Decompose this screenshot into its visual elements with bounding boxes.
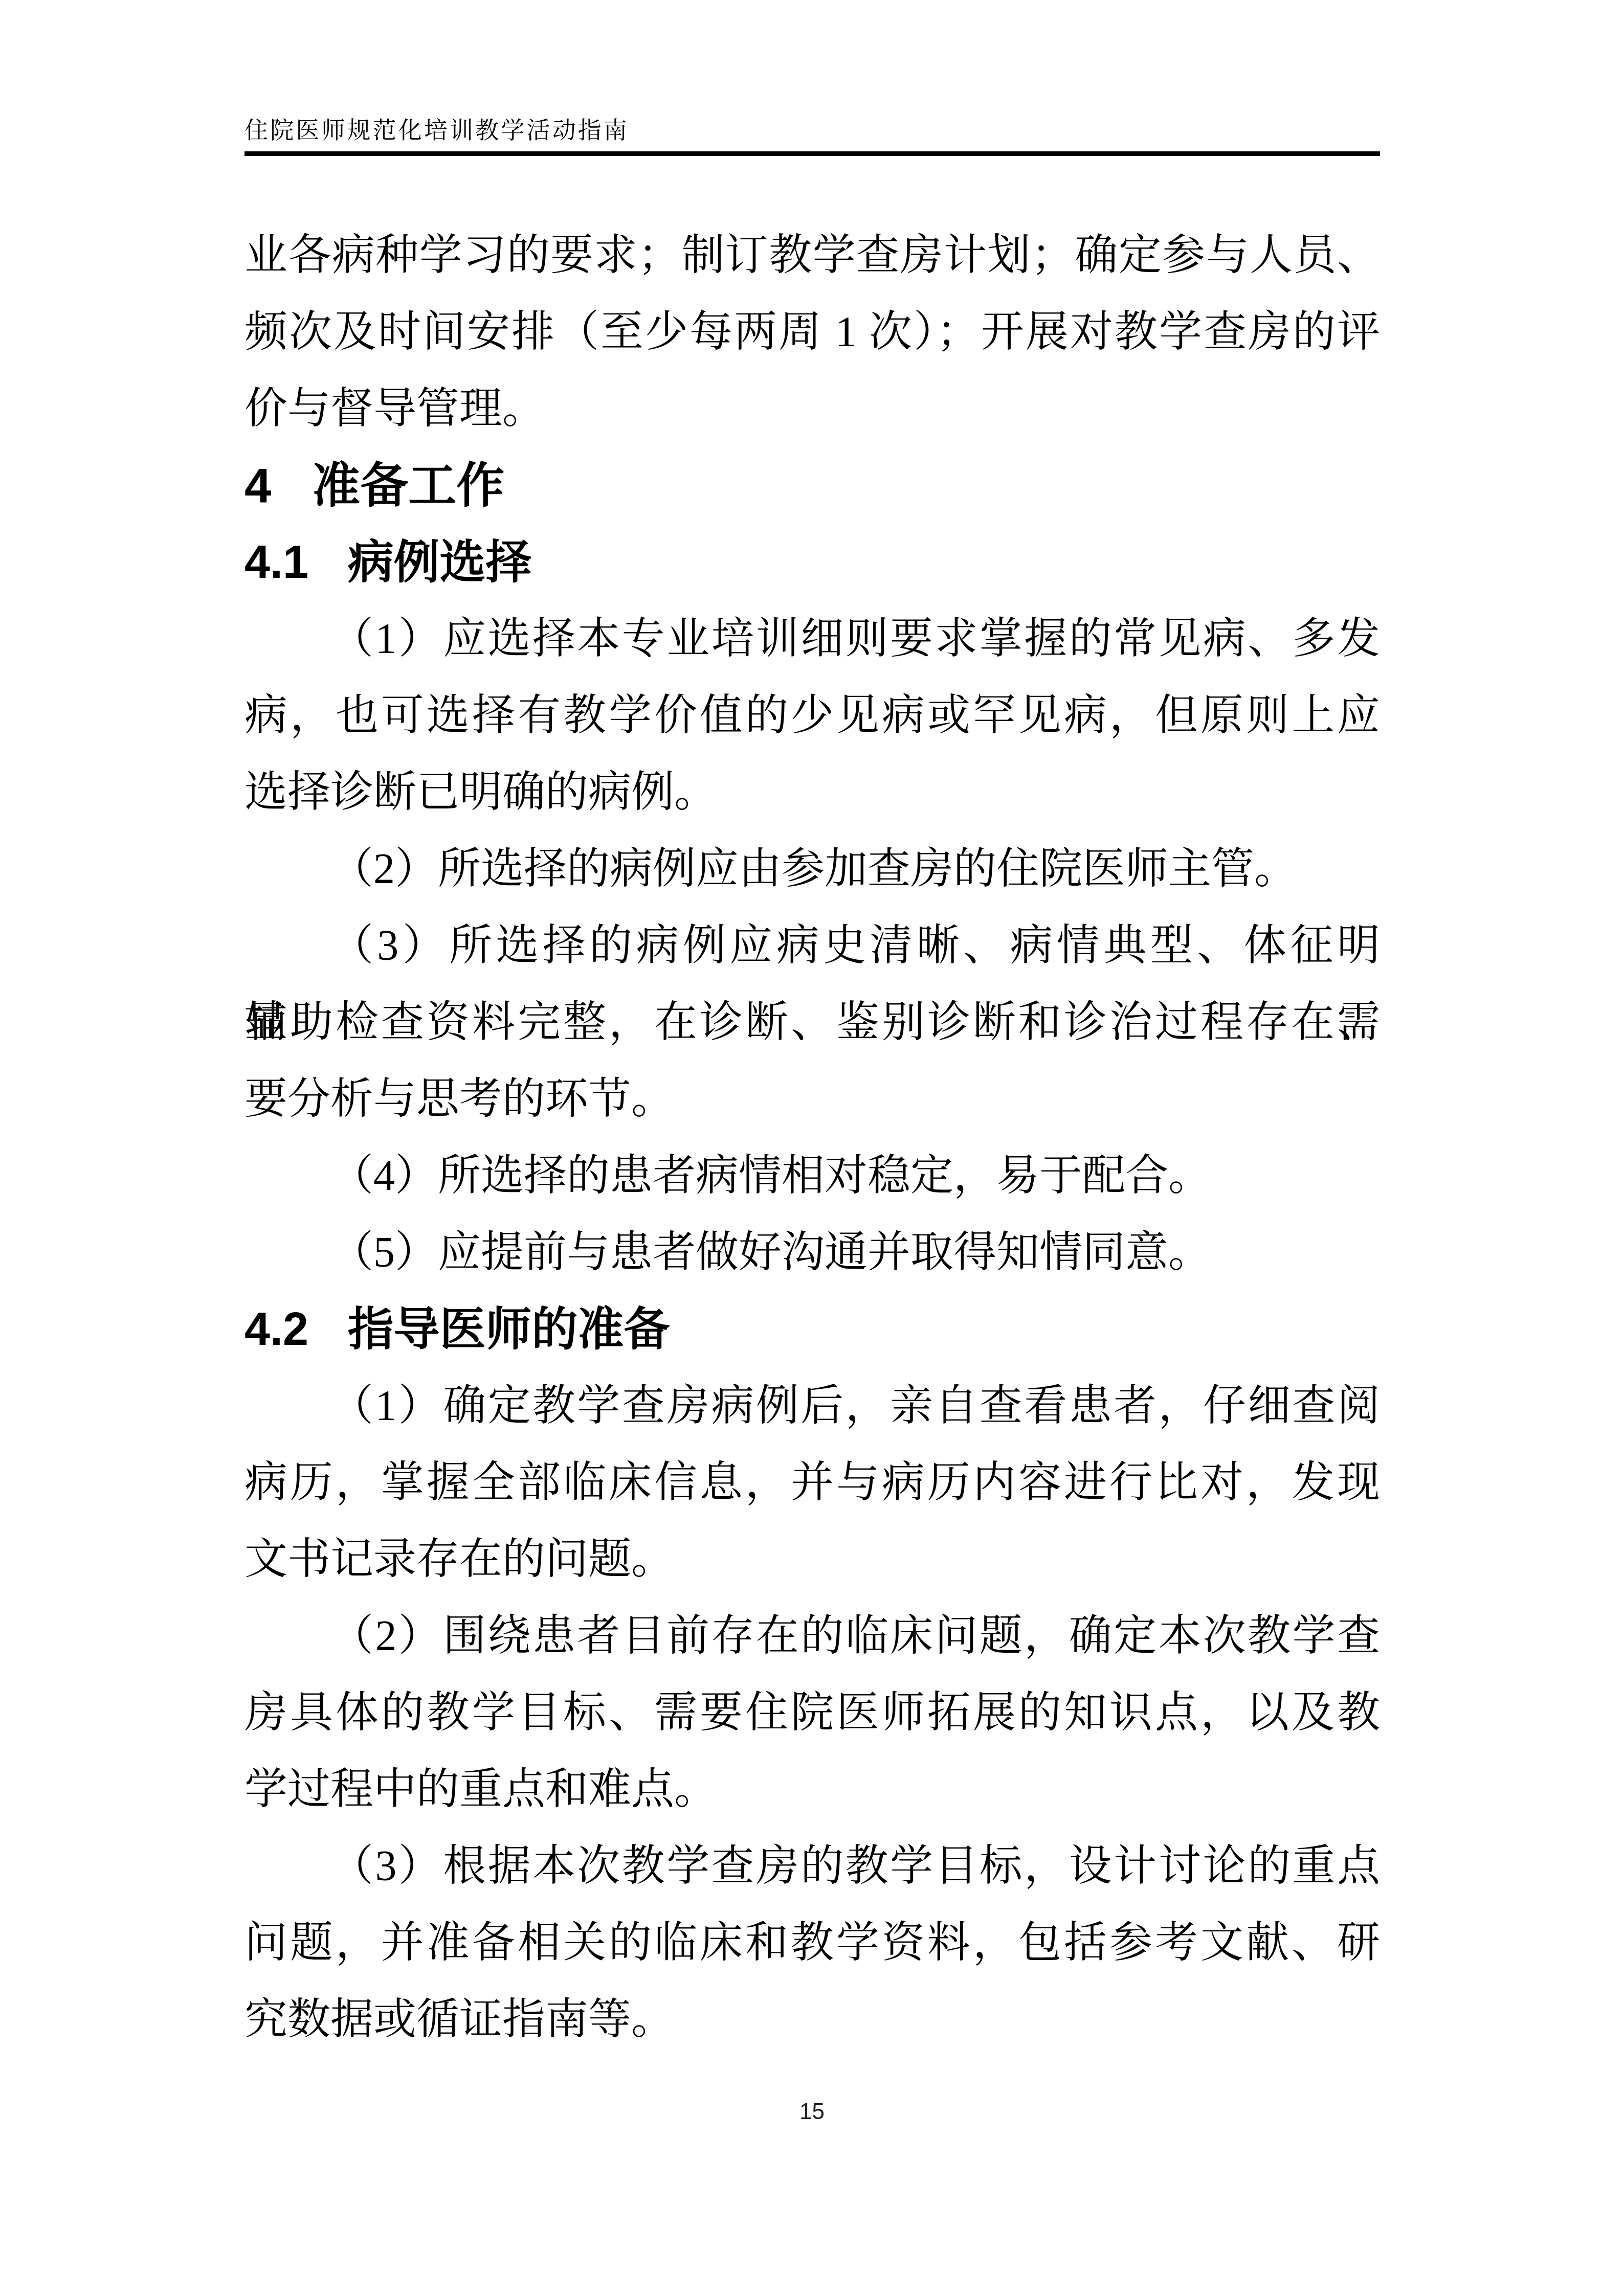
paragraph-line: 文书记录存在的问题。 [244, 1521, 1380, 1598]
paragraph-line: 问题，并准备相关的临床和教学资料，包括参考文献、研 [244, 1905, 1380, 1982]
paragraph-line: 要分析与思考的环节。 [244, 1061, 1380, 1138]
paragraph-line: （2）所选择的病例应由参加查房的住院医师主管。 [244, 831, 1380, 908]
document-body: 业各病种学习的要求；制订教学查房计划；确定参与人员、 频次及时间安排（至少每两周… [244, 217, 1380, 2058]
paragraph-line: 病，也可选择有教学价值的少见病或罕见病，但原则上应 [244, 678, 1380, 754]
section-number: 4.2 [244, 1291, 308, 1368]
paragraph-line: （5）应提前与患者做好沟通并取得知情同意。 [244, 1214, 1380, 1291]
paragraph-line: （4）所选择的患者病情相对稳定，易于配合。 [244, 1138, 1380, 1214]
page-number: 15 [0, 2101, 1624, 2123]
paragraph-line: （1）确定教学查房病例后，亲自查看患者，仔细查阅 [244, 1368, 1380, 1445]
paragraph-line: 究数据或循证指南等。 [244, 1982, 1380, 2058]
paragraph-line: 病历，掌握全部临床信息，并与病历内容进行比对，发现 [244, 1445, 1380, 1521]
paragraph-line: 辅助检查资料完整，在诊断、鉴别诊断和诊治过程存在需 [244, 984, 1380, 1061]
paragraph-line: 业各病种学习的要求；制订教学查房计划；确定参与人员、 [244, 217, 1380, 294]
section-heading-4: 4准备工作 [244, 447, 1380, 524]
section-title: 指导医师的准备 [348, 1304, 670, 1355]
header-rule [244, 151, 1380, 156]
paragraph-line: 价与督导管理。 [244, 371, 1380, 447]
section-heading-4-1: 4.1病例选择 [244, 524, 1380, 601]
paragraph-line: 学过程中的重点和难点。 [244, 1751, 1380, 1828]
paragraph-line: （2）围绕患者目前存在的临床问题，确定本次教学查 [244, 1598, 1380, 1675]
section-title: 准备工作 [312, 459, 504, 512]
section-number: 4.1 [244, 524, 308, 601]
paragraph-line: （1）应选择本专业培训细则要求掌握的常见病、多发 [244, 601, 1380, 678]
section-number: 4 [244, 447, 271, 524]
paragraph-line: 频次及时间安排（至少每两周 1 次）；开展对教学查房的评 [244, 294, 1380, 371]
paragraph-line: （3）根据本次教学查房的教学目标，设计讨论的重点 [244, 1828, 1380, 1905]
section-heading-4-2: 4.2指导医师的准备 [244, 1291, 1380, 1368]
paragraph-line: 房具体的教学目标、需要住院医师拓展的知识点，以及教 [244, 1675, 1380, 1751]
running-header-title: 住院医师规范化培训教学活动指南 [244, 116, 629, 145]
section-title: 病例选择 [348, 537, 532, 588]
paragraph-line: （3）所选择的病例应病史清晰、病情典型、体征明显、 [244, 908, 1380, 984]
document-page: 住院医师规范化培训教学活动指南 业各病种学习的要求；制订教学查房计划；确定参与人… [0, 0, 1624, 2296]
paragraph-line: 选择诊断已明确的病例。 [244, 754, 1380, 831]
